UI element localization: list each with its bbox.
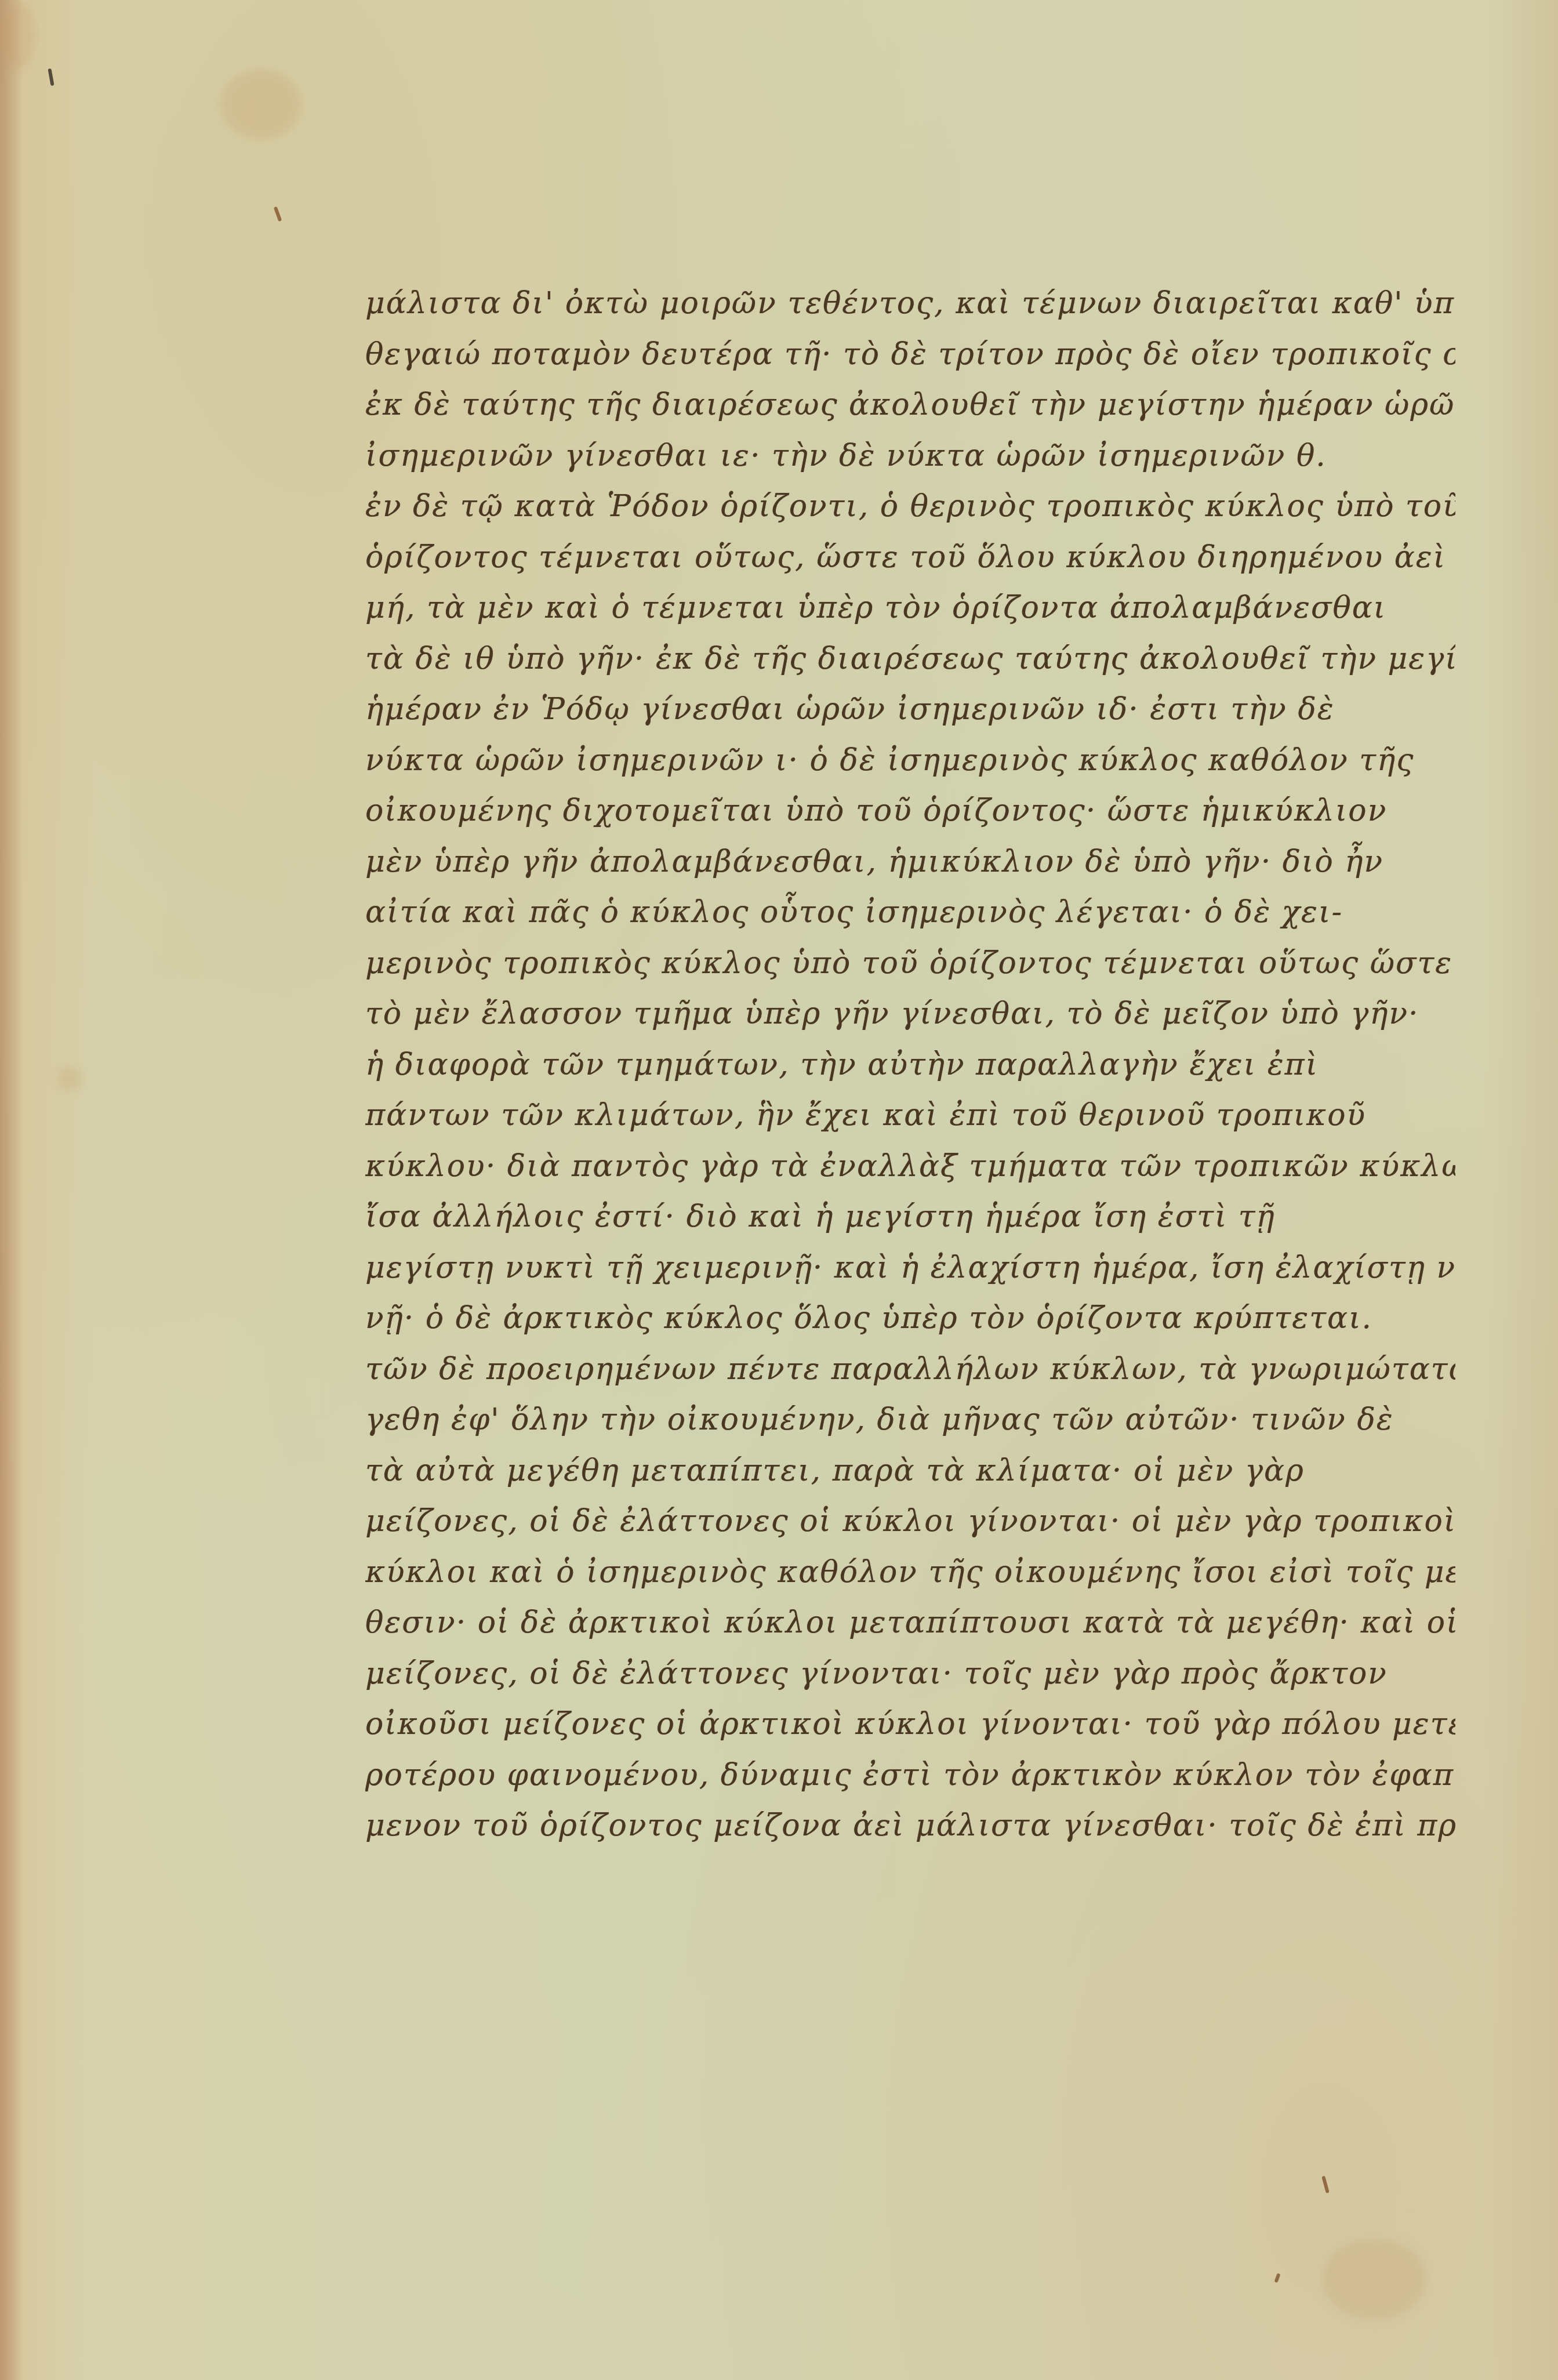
manuscript-line-28: μείζονες, οἱ δὲ ἐλάττονες γίνονται· τοῖς… bbox=[365, 1649, 1455, 1700]
manuscript-line-12: μὲν ὑπὲρ γῆν ἀπολαμβάνεσθαι, ἡμικύκλιον … bbox=[365, 837, 1455, 888]
manuscript-line-18: κύκλου· διὰ παντὸς γὰρ τὰ ἐναλλὰξ τμήματ… bbox=[365, 1141, 1455, 1192]
manuscript-line-13: αἰτία καὶ πᾶς ὁ κύκλος οὗτος ἰσημερινὸς … bbox=[365, 887, 1455, 938]
manuscript-line-3: ἐκ δὲ ταύτης τῆς διαιρέσεως ἀκολουθεῖ τὴ… bbox=[365, 380, 1455, 431]
manuscript-line-19: ἴσα ἀλλήλοις ἐστί· διὸ καὶ ἡ μεγίστη ἡμέ… bbox=[365, 1192, 1455, 1243]
manuscript-line-6: ὁρίζοντος τέμνεται οὕτως, ὥστε τοῦ ὅλου … bbox=[365, 532, 1455, 583]
manuscript-line-10: νύκτα ὡρῶν ἰσημερινῶν ι· ὁ δὲ ἰσημερινὸς… bbox=[365, 735, 1455, 786]
manuscript-line-26: κύκλοι καὶ ὁ ἰσημερινὸς καθόλον τῆς οἰκο… bbox=[365, 1547, 1455, 1598]
ink-speck bbox=[1321, 2176, 1330, 2194]
manuscript-line-11: οἰκουμένης διχοτομεῖται ὑπὸ τοῦ ὁρίζοντο… bbox=[365, 786, 1455, 837]
manuscript-line-2: θεγαιώ ποταμὸν δευτέρα τῆ· τὸ δὲ τρίτον … bbox=[365, 329, 1455, 380]
manuscript-line-17: πάντων τῶν κλιμάτων, ἣν ἔχει καὶ ἐπὶ τοῦ… bbox=[365, 1090, 1455, 1141]
manuscript-text-block: μάλιστα δι' ὀκτὼ μοιρῶν τεθέντος, καὶ τέ… bbox=[365, 278, 1455, 1852]
manuscript-line-24: τὰ αὐτὰ μεγέθη μεταπίπτει, παρὰ τὰ κλίμα… bbox=[365, 1446, 1455, 1497]
manuscript-line-21: νῇ· ὁ δὲ ἀρκτικὸς κύκλος ὅλος ὑπὲρ τὸν ὁ… bbox=[365, 1293, 1455, 1344]
foxing-stain bbox=[1322, 2238, 1426, 2320]
manuscript-folio: μάλιστα δι' ὀκτὼ μοιρῶν τεθέντος, καὶ τέ… bbox=[0, 0, 1558, 2380]
foxing-stain bbox=[58, 1067, 81, 1090]
foxing-stain bbox=[0, 0, 35, 70]
manuscript-line-7: μή, τὰ μὲν καὶ ὁ τέμνεται ὑπὲρ τὸν ὁρίζο… bbox=[365, 583, 1455, 634]
manuscript-line-30: ροτέρου φαινομένου, δύναμις ἐστὶ τὸν ἀρκ… bbox=[365, 1750, 1455, 1801]
manuscript-line-27: θεσιν· οἱ δὲ ἀρκτικοὶ κύκλοι μεταπίπτουσ… bbox=[365, 1598, 1455, 1649]
manuscript-line-5: ἐν δὲ τῷ κατὰ Ῥόδον ὁρίζοντι, ὁ θερινὸς … bbox=[365, 481, 1455, 532]
manuscript-line-23: γεθη ἐφ' ὅλην τὴν οἰκουμένην, διὰ μῆνας … bbox=[365, 1395, 1455, 1446]
ink-speck bbox=[1274, 2273, 1280, 2283]
manuscript-line-15: τὸ μὲν ἔλασσον τμῆμα ὑπὲρ γῆν γίνεσθαι, … bbox=[365, 989, 1455, 1040]
manuscript-line-4: ἰσημερινῶν γίνεσθαι ιε· τὴν δὲ νύκτα ὡρῶ… bbox=[365, 431, 1455, 482]
ink-speck bbox=[274, 206, 282, 222]
foxing-stain bbox=[220, 70, 302, 139]
manuscript-line-14: μερινὸς τροπικὸς κύκλος ὑπὸ τοῦ ὁρίζοντο… bbox=[365, 938, 1455, 989]
manuscript-line-1: μάλιστα δι' ὀκτὼ μοιρῶν τεθέντος, καὶ τέ… bbox=[365, 278, 1455, 329]
manuscript-line-25: μείζονες, οἱ δὲ ἐλάττονες οἱ κύκλοι γίνο… bbox=[365, 1496, 1455, 1547]
manuscript-line-31: μενον τοῦ ὁρίζοντος μείζονα ἀεὶ μάλιστα … bbox=[365, 1801, 1455, 1852]
manuscript-line-22: τῶν δὲ προειρημένων πέντε παραλλήλων κύκ… bbox=[365, 1344, 1455, 1395]
manuscript-line-8: τὰ δὲ ιθ ὑπὸ γῆν· ἐκ δὲ τῆς διαιρέσεως τ… bbox=[365, 634, 1455, 685]
manuscript-line-20: μεγίστῃ νυκτὶ τῇ χειμερινῇ· καὶ ἡ ἐλαχίσ… bbox=[365, 1243, 1455, 1294]
binding-edge-shadow bbox=[0, 0, 23, 2380]
manuscript-line-16: ἡ διαφορὰ τῶν τμημάτων, τὴν αὐτὴν παραλλ… bbox=[365, 1040, 1455, 1091]
manuscript-line-9: ἡμέραν ἐν Ῥόδῳ γίνεσθαι ὡρῶν ἰσημερινῶν … bbox=[365, 684, 1455, 735]
ink-speck bbox=[48, 68, 54, 86]
manuscript-line-29: οἰκοῦσι μείζονες οἱ ἀρκτικοὶ κύκλοι γίνο… bbox=[365, 1699, 1455, 1750]
